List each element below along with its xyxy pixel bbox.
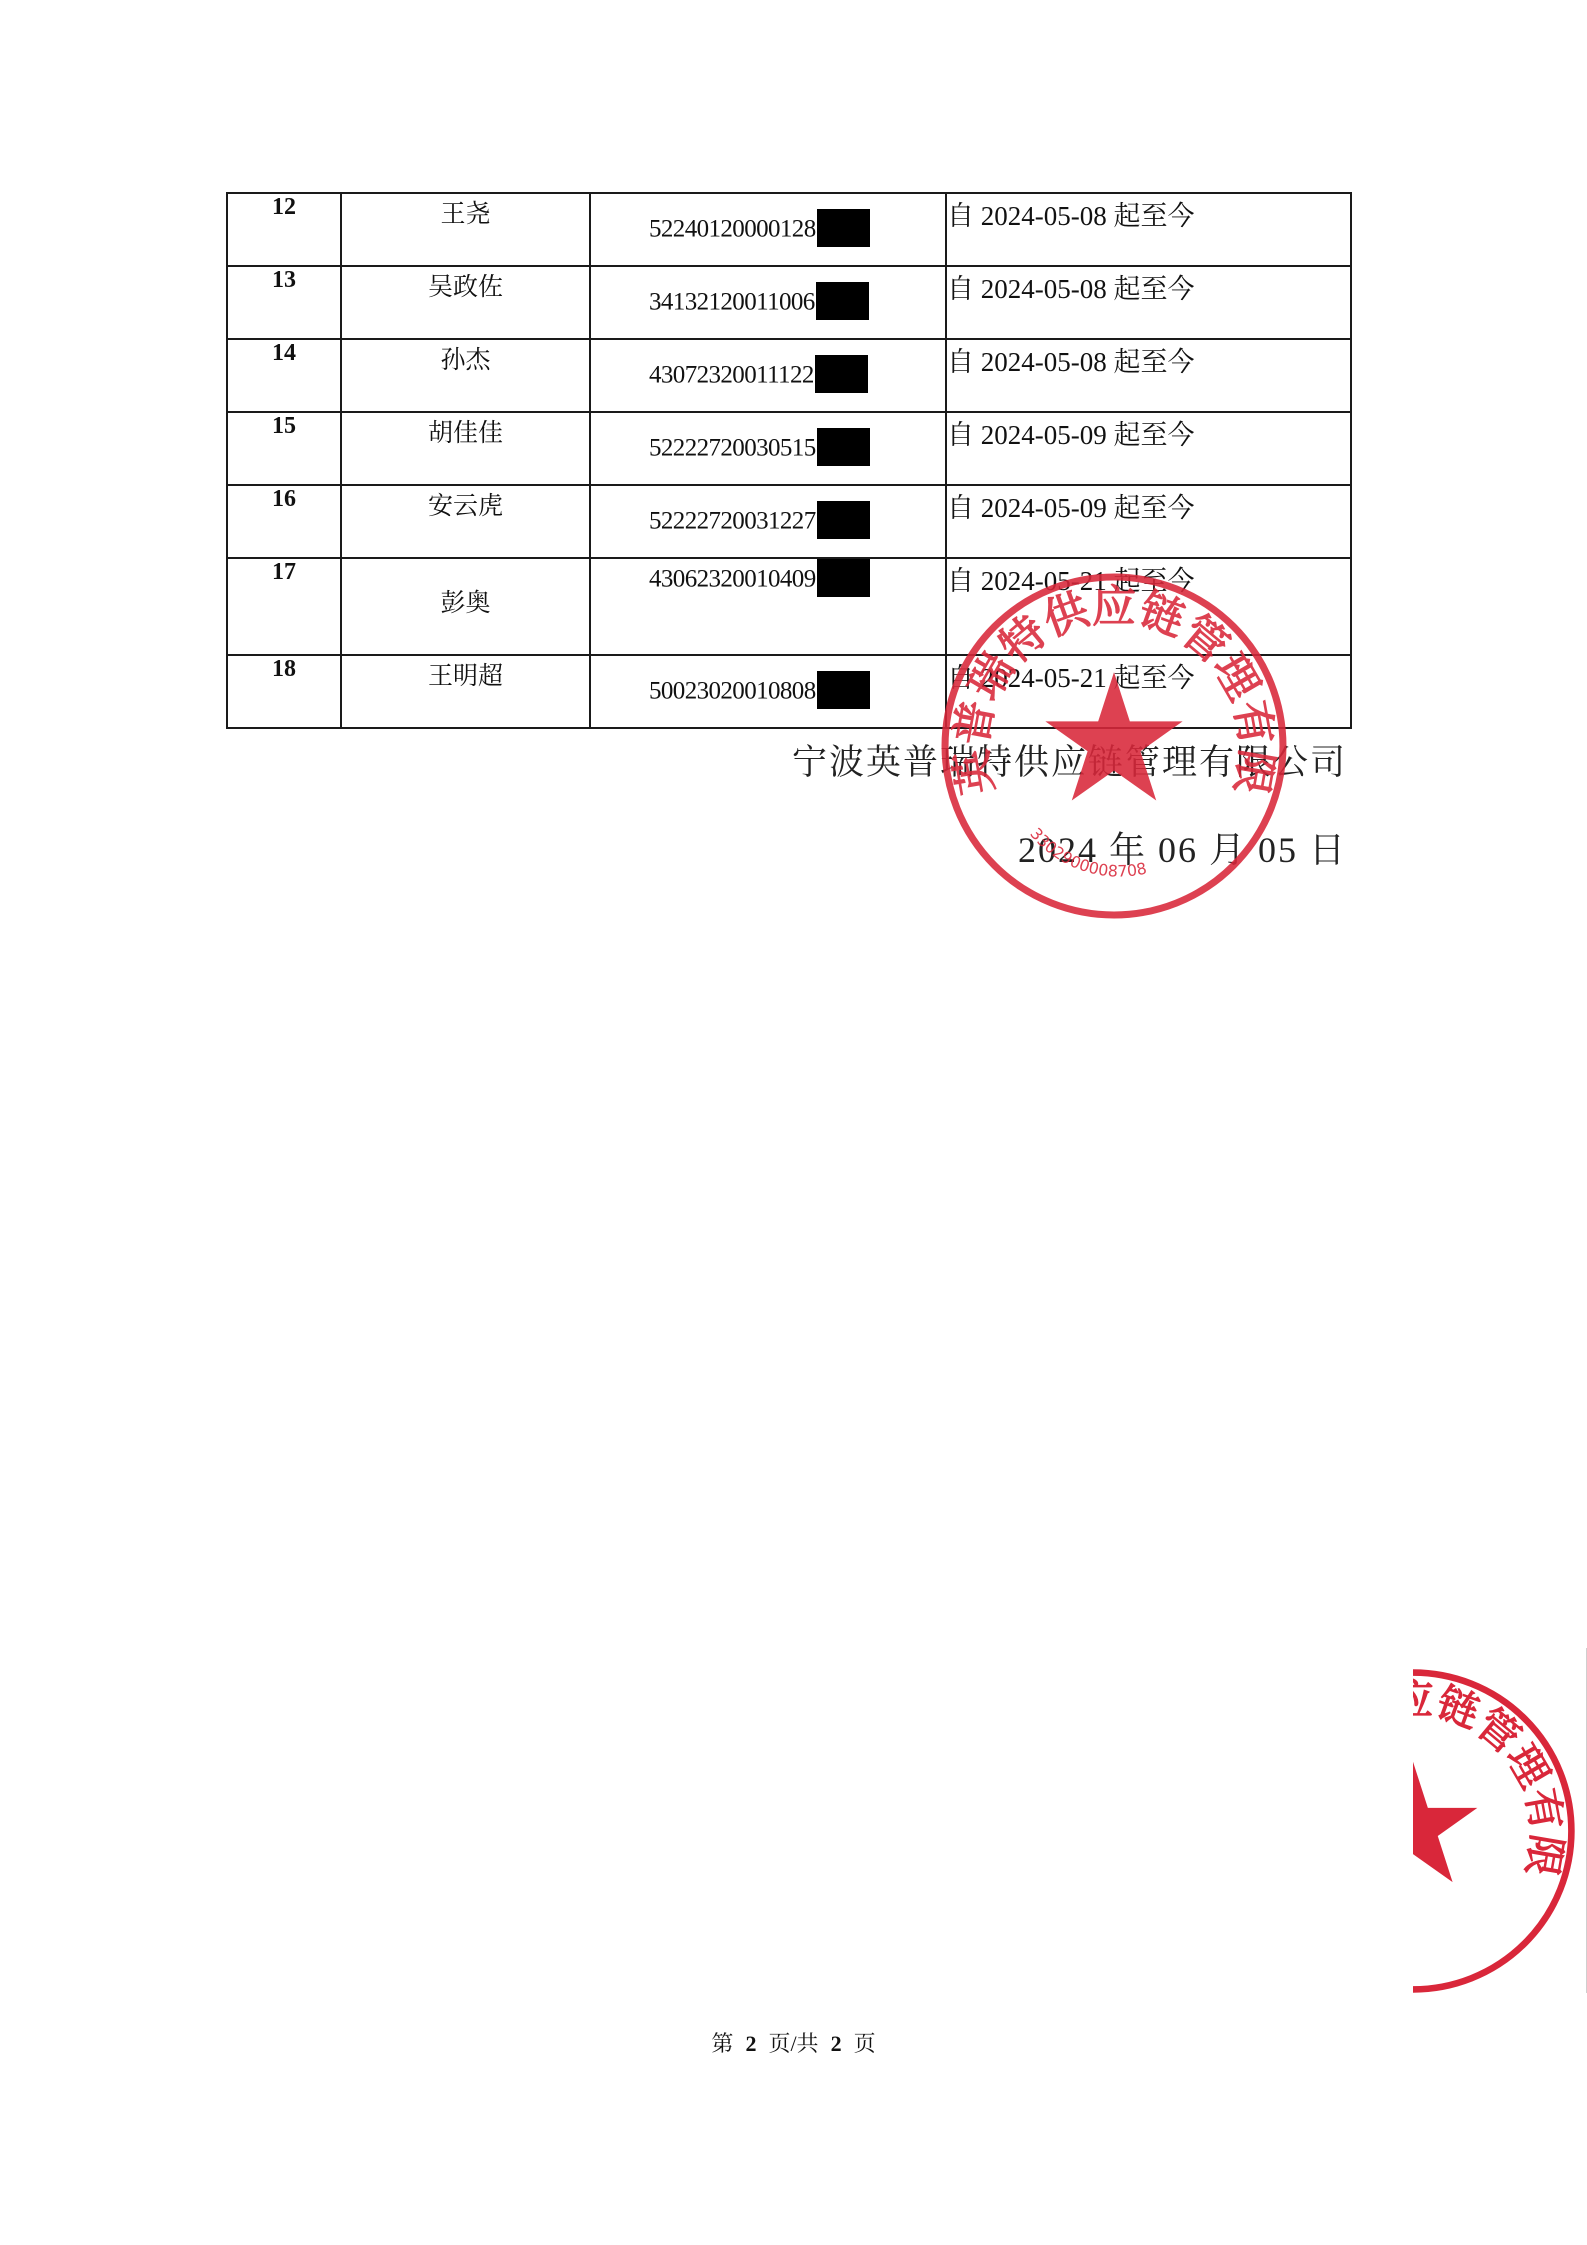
id-number: 52222720031227 <box>649 508 816 535</box>
row-number: 13 <box>227 266 341 339</box>
signatory-company: 宁波英普瑞特供应链管理有限公司 <box>792 735 1347 785</box>
row-number: 14 <box>227 339 341 412</box>
employee-name: 王明超 <box>341 655 590 728</box>
id-number: 52240120000128 <box>649 216 816 243</box>
id-number-cell: 43062320010409 <box>590 558 946 655</box>
id-number: 50023020010808 <box>649 678 816 705</box>
employee-table: 12 王尧 52240120000128 自 2024-05-08 起至今 13… <box>226 192 1352 729</box>
signature-date: 2024 年 06 月 05 日 <box>1018 822 1347 873</box>
employee-name: 吴政佐 <box>341 266 590 339</box>
document-page: 12 王尧 52240120000128 自 2024-05-08 起至今 13… <box>0 0 1587 2245</box>
id-number-cell: 52222720030515 <box>590 412 946 485</box>
page-footer: 第2页/共2页 <box>0 2027 1587 2058</box>
table-row: 15 胡佳佳 52222720030515 自 2024-05-09 起至今 <box>227 412 1351 485</box>
id-number-cell: 50023020010808 <box>590 655 946 728</box>
redaction-box <box>817 671 870 709</box>
table-row: 18 王明超 50023020010808 自 2024-05-21 起至今 <box>227 655 1351 728</box>
employment-period: 自 2024-05-08 起至今 <box>946 266 1351 339</box>
redaction-box <box>817 428 870 466</box>
total-page-number: 2 <box>831 2031 842 2056</box>
id-number: 34132120011006 <box>649 289 815 316</box>
row-number: 12 <box>227 193 341 266</box>
table-row: 14 孙杰 43072320011122 自 2024-05-08 起至今 <box>227 339 1351 412</box>
svg-text:宁波英普瑞特供应链管理有限公司: 宁波英普瑞特供应链管理有限公司 <box>1413 1666 1571 1880</box>
row-number: 18 <box>227 655 341 728</box>
redaction-box <box>815 355 868 393</box>
employment-period: 自 2024-05-08 起至今 <box>946 339 1351 412</box>
table-row: 13 吴政佐 34132120011006 自 2024-05-08 起至今 <box>227 266 1351 339</box>
row-number: 16 <box>227 485 341 558</box>
table-row: 12 王尧 52240120000128 自 2024-05-08 起至今 <box>227 193 1351 266</box>
id-number: 43072320011122 <box>649 362 814 389</box>
employment-period: 自 2024-05-08 起至今 <box>946 193 1351 266</box>
id-number: 43062320010409 <box>649 566 816 593</box>
employee-name: 胡佳佳 <box>341 412 590 485</box>
employee-name: 安云虎 <box>341 485 590 558</box>
redaction-box <box>817 559 870 597</box>
employment-period: 自 2024-05-21 起至今 <box>946 655 1351 728</box>
employee-name: 王尧 <box>341 193 590 266</box>
id-number-cell: 52222720031227 <box>590 485 946 558</box>
current-page-number: 2 <box>745 2031 756 2056</box>
employment-period: 自 2024-05-21 起至今 <box>946 558 1351 655</box>
employment-period: 自 2024-05-09 起至今 <box>946 412 1351 485</box>
id-number-cell: 34132120011006 <box>590 266 946 339</box>
employee-name: 彭奥 <box>341 558 590 655</box>
employment-period: 自 2024-05-09 起至今 <box>946 485 1351 558</box>
employee-name: 孙杰 <box>341 339 590 412</box>
id-number: 52222720030515 <box>649 435 816 462</box>
redaction-box <box>816 282 869 320</box>
redaction-box <box>817 501 870 539</box>
redaction-box <box>817 209 870 247</box>
row-number: 17 <box>227 558 341 655</box>
id-number-cell: 43072320011122 <box>590 339 946 412</box>
footer-middle: 页/共 <box>768 2031 818 2056</box>
table-row: 17 彭奥 43062320010409 自 2024-05-21 起至今 <box>227 558 1351 655</box>
id-number-cell: 52240120000128 <box>590 193 946 266</box>
footer-prefix: 第 <box>711 2031 733 2056</box>
table-row: 16 安云虎 52222720031227 自 2024-05-09 起至今 <box>227 485 1351 558</box>
footer-suffix: 页 <box>854 2031 876 2056</box>
row-number: 15 <box>227 412 341 485</box>
edge-seal-icon: 宁波英普瑞特供应链管理有限公司 <box>1413 1666 1587 1996</box>
